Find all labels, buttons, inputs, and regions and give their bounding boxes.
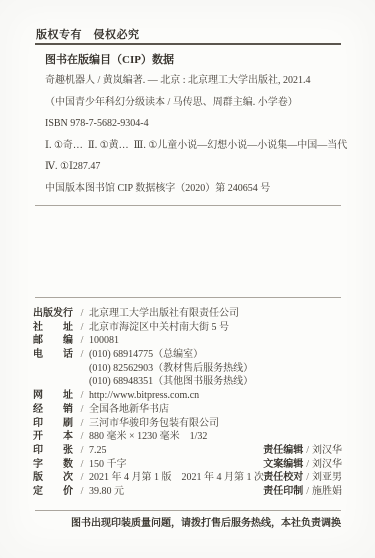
label-value-separator: / — [75, 430, 89, 444]
staff-credit: 文案编辑 / 刘汉华 — [263, 458, 342, 472]
cip-line-title-statement: 奇趣机器人 / 黄岚编著. — 北京 : 北京理工大学出版社, 2021.4 — [45, 70, 347, 92]
publication-value: 全国各地新华书店 — [89, 403, 342, 417]
staff-credit: 责任校对 / 刘亚男 — [263, 471, 342, 485]
publication-row-address: 社 址 / 北京市海淀区中关村南大街 5 号 — [33, 321, 342, 335]
label-value-separator: / — [75, 334, 89, 348]
staff-name: 刘汉华 — [312, 458, 342, 472]
label-value-separator: / — [75, 307, 89, 321]
cip-block: 奇趣机器人 / 黄岚编著. — 北京 : 北京理工大学出版社, 2021.4 （… — [45, 70, 347, 199]
publication-row-distribution: 经 销 / 全国各地新华书店 — [33, 403, 342, 417]
cip-line-isbn: ISBN 978-7-5682-9304-4 — [45, 113, 347, 135]
label-value-separator: / — [75, 458, 89, 472]
label-value-separator: / — [303, 485, 312, 499]
publication-row-edition: 版 次 / 2021 年 4 月第 1 版 2021 年 4 月第 1 次印刷 … — [33, 471, 342, 485]
publication-label: 出版发行 — [33, 307, 75, 321]
cip-line-classification: Ⅳ. ①Ⅰ287.47 — [45, 156, 347, 178]
publication-row-phone-1: 电 话 / (010) 68914775（总编室） — [33, 348, 342, 362]
label-value-separator: / — [75, 321, 89, 335]
publication-value: 2021 年 4 月第 1 版 2021 年 4 月第 1 次印刷 — [89, 471, 263, 485]
label-value-separator: / — [75, 417, 89, 431]
publication-label: 印 张 — [33, 444, 75, 458]
publication-row-price: 定 价 / 39.80 元 责任印制 / 施胜娟 — [33, 485, 342, 499]
header-divider — [35, 43, 341, 45]
publication-label: 开 本 — [33, 430, 75, 444]
publication-row-postcode: 邮 编 / 100081 — [33, 334, 342, 348]
publication-row-phone-3: (010) 68948351（其他图书服务热线） — [33, 375, 342, 389]
label-value-separator: / — [75, 403, 89, 417]
publication-label: 电 话 — [33, 348, 75, 362]
publication-value: 100081 — [89, 334, 342, 348]
publication-info: 出版发行 / 北京理工大学出版社有限责任公司 社 址 / 北京市海淀区中关村南大… — [33, 307, 342, 499]
staff-name: 施胜娟 — [312, 485, 342, 499]
staff-credit: 责任印制 / 施胜娟 — [263, 485, 342, 499]
label-value-separator: / — [75, 348, 89, 362]
label-value-separator: / — [75, 444, 89, 458]
publication-label: 网 址 — [33, 389, 75, 403]
publication-label: 社 址 — [33, 321, 75, 335]
staff-role: 责任校对 — [263, 471, 303, 485]
label-value-separator: / — [303, 444, 312, 458]
publication-row-format: 开 本 / 880 毫米 × 1230 毫米 1/32 — [33, 430, 342, 444]
publication-label: 定 价 — [33, 485, 75, 499]
publication-value: 150 千字 — [89, 458, 263, 472]
cip-bottom-divider — [35, 205, 341, 206]
cip-title: 图书在版编目（CIP）数据 — [45, 51, 174, 67]
publication-value: 7.25 — [89, 444, 263, 458]
staff-role: 责任编辑 — [263, 444, 303, 458]
staff-name: 刘亚男 — [312, 471, 342, 485]
publication-value: 北京理工大学出版社有限责任公司 — [89, 307, 342, 321]
cip-line-series: （中国青少年科幻分级读本 / 马传思、周群主编. 小学卷） — [45, 92, 347, 114]
copyright-notice: 版权专有 侵权必究 — [36, 26, 140, 42]
staff-credit: 责任编辑 / 刘汉华 — [263, 444, 342, 458]
publication-row-sheets: 印 张 / 7.25 责任编辑 / 刘汉华 — [33, 444, 342, 458]
publication-label: 邮 编 — [33, 334, 75, 348]
publication-row-website: 网 址 / http://www.bitpress.com.cn — [33, 389, 342, 403]
label-value-separator: / — [75, 471, 89, 485]
label-value-separator: / — [75, 389, 89, 403]
footer-divider — [35, 510, 341, 511]
cip-line-record-number: 中国版本图书馆 CIP 数据核字（2020）第 240654 号 — [45, 178, 347, 200]
publication-top-divider — [35, 297, 341, 298]
publication-value: 880 毫米 × 1230 毫米 1/32 — [89, 430, 342, 444]
publication-value: 北京市海淀区中关村南大街 5 号 — [89, 321, 342, 335]
publication-label: 版 次 — [33, 471, 75, 485]
publication-value: 39.80 元 — [89, 485, 263, 499]
label-value-separator: / — [303, 458, 312, 472]
quality-notice: 图书出现印装质量问题，请拨打售后服务热线，本社负责调换 — [33, 514, 341, 529]
staff-role: 文案编辑 — [263, 458, 303, 472]
publication-row-publisher: 出版发行 / 北京理工大学出版社有限责任公司 — [33, 307, 342, 321]
publication-label: 字 数 — [33, 458, 75, 472]
publication-value: 三河市华骏印务包装有限公司 — [89, 417, 342, 431]
publication-row-printer: 印 刷 / 三河市华骏印务包装有限公司 — [33, 417, 342, 431]
publication-value: (010) 82562903（教材售后服务热线） — [89, 362, 342, 376]
label-value-separator: / — [303, 471, 312, 485]
publication-label: 印 刷 — [33, 417, 75, 431]
staff-name: 刘汉华 — [312, 444, 342, 458]
publication-label: 经 销 — [33, 403, 75, 417]
publication-row-phone-2: (010) 82562903（教材售后服务热线） — [33, 362, 342, 376]
publication-value: http://www.bitpress.com.cn — [89, 389, 342, 403]
publication-value: (010) 68914775（总编室） — [89, 348, 342, 362]
label-value-separator: / — [75, 485, 89, 499]
publication-value: (010) 68948351（其他图书服务热线） — [89, 375, 342, 389]
cip-line-subjects: Ⅰ. ①奇… Ⅱ. ①黄… Ⅲ. ①儿童小说—幻想小说—小说集—中国—当代 — [45, 135, 347, 157]
staff-role: 责任印制 — [263, 485, 303, 499]
publication-row-wordcount: 字 数 / 150 千字 文案编辑 / 刘汉华 — [33, 458, 342, 472]
book-copyright-page: 版权专有 侵权必究 图书在版编目（CIP）数据 奇趣机器人 / 黄岚编著. — … — [0, 0, 375, 558]
